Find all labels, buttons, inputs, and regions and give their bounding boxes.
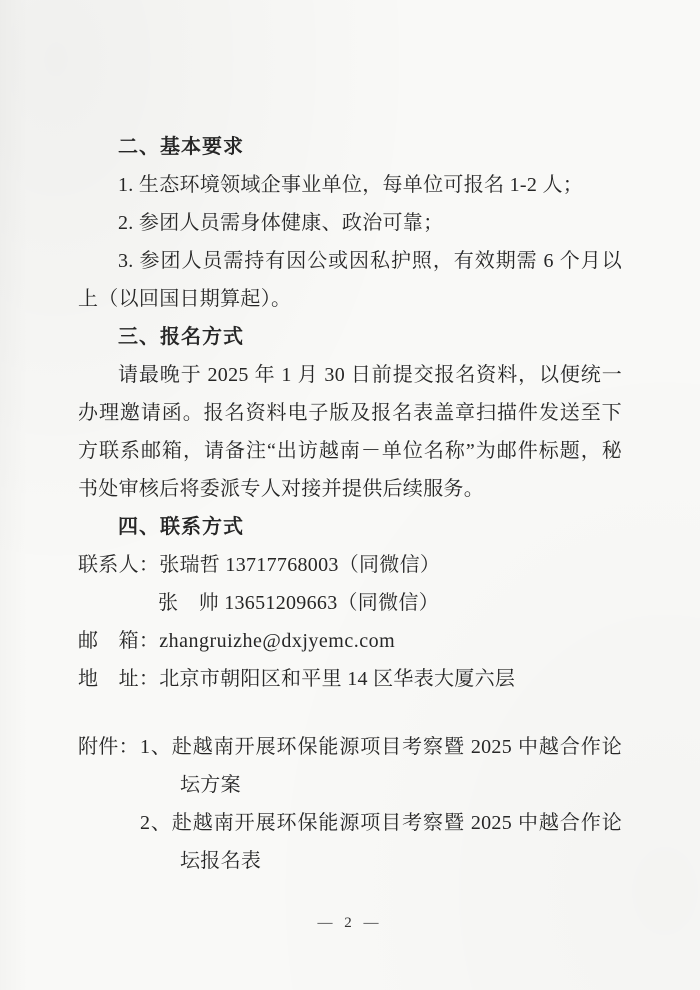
contact-person-1: 张瑞哲 13717768003（同微信）	[159, 546, 622, 584]
contact-person-2: 张 帅 13651209663（同微信）	[158, 584, 622, 622]
attachment-item-2: 2、赴越南开展环保能源项目考察暨 2025 中越合作论坛报名表	[140, 804, 622, 880]
section-heading-requirements: 二、基本要求	[78, 128, 622, 166]
document-content: 二、基本要求 1. 生态环境领域企事业单位，每单位可报名 1-2 人； 2. 参…	[78, 128, 622, 880]
requirement-item-1: 1. 生态环境领域企事业单位，每单位可报名 1-2 人；	[78, 166, 622, 204]
contact-email-row: 邮 箱： zhangruizhe@dxjyemc.com	[78, 622, 622, 660]
attachment-item-1: 1、赴越南开展环保能源项目考察暨 2025 中越合作论坛方案	[140, 728, 622, 804]
contact-address-label: 地 址：	[78, 660, 159, 698]
contact-address-row: 地 址： 北京市朝阳区和平里 14 区华表大厦六层	[78, 660, 622, 698]
contact-address-value: 北京市朝阳区和平里 14 区华表大厦六层	[159, 660, 622, 698]
attachments-label: 附件：	[78, 728, 140, 880]
contact-person-row: 联系人： 张瑞哲 13717768003（同微信）	[78, 546, 622, 584]
attachments-list: 1、赴越南开展环保能源项目考察暨 2025 中越合作论坛方案 2、赴越南开展环保…	[140, 728, 622, 880]
registration-paragraph: 请最晚于 2025 年 1 月 30 日前提交报名资料，以便统一办理邀请函。报名…	[78, 356, 622, 508]
page-number: — 2 —	[0, 915, 700, 932]
requirement-item-2: 2. 参团人员需身体健康、政治可靠；	[78, 204, 622, 242]
contact-email-label: 邮 箱：	[78, 622, 159, 660]
section-heading-contact: 四、联系方式	[78, 508, 622, 546]
section-heading-registration: 三、报名方式	[78, 318, 622, 356]
attachments-section: 附件： 1、赴越南开展环保能源项目考察暨 2025 中越合作论坛方案 2、赴越南…	[78, 728, 622, 880]
requirement-item-3: 3. 参团人员需持有因公或因私护照，有效期需 6 个月以上（以回国日期算起）。	[78, 242, 622, 318]
document-page: 二、基本要求 1. 生态环境领域企事业单位，每单位可报名 1-2 人； 2. 参…	[0, 0, 700, 990]
contact-person2-row: 张 帅 13651209663（同微信）	[78, 584, 622, 622]
contact-person-label: 联系人：	[78, 546, 159, 584]
contact-email-value: zhangruizhe@dxjyemc.com	[159, 622, 622, 660]
